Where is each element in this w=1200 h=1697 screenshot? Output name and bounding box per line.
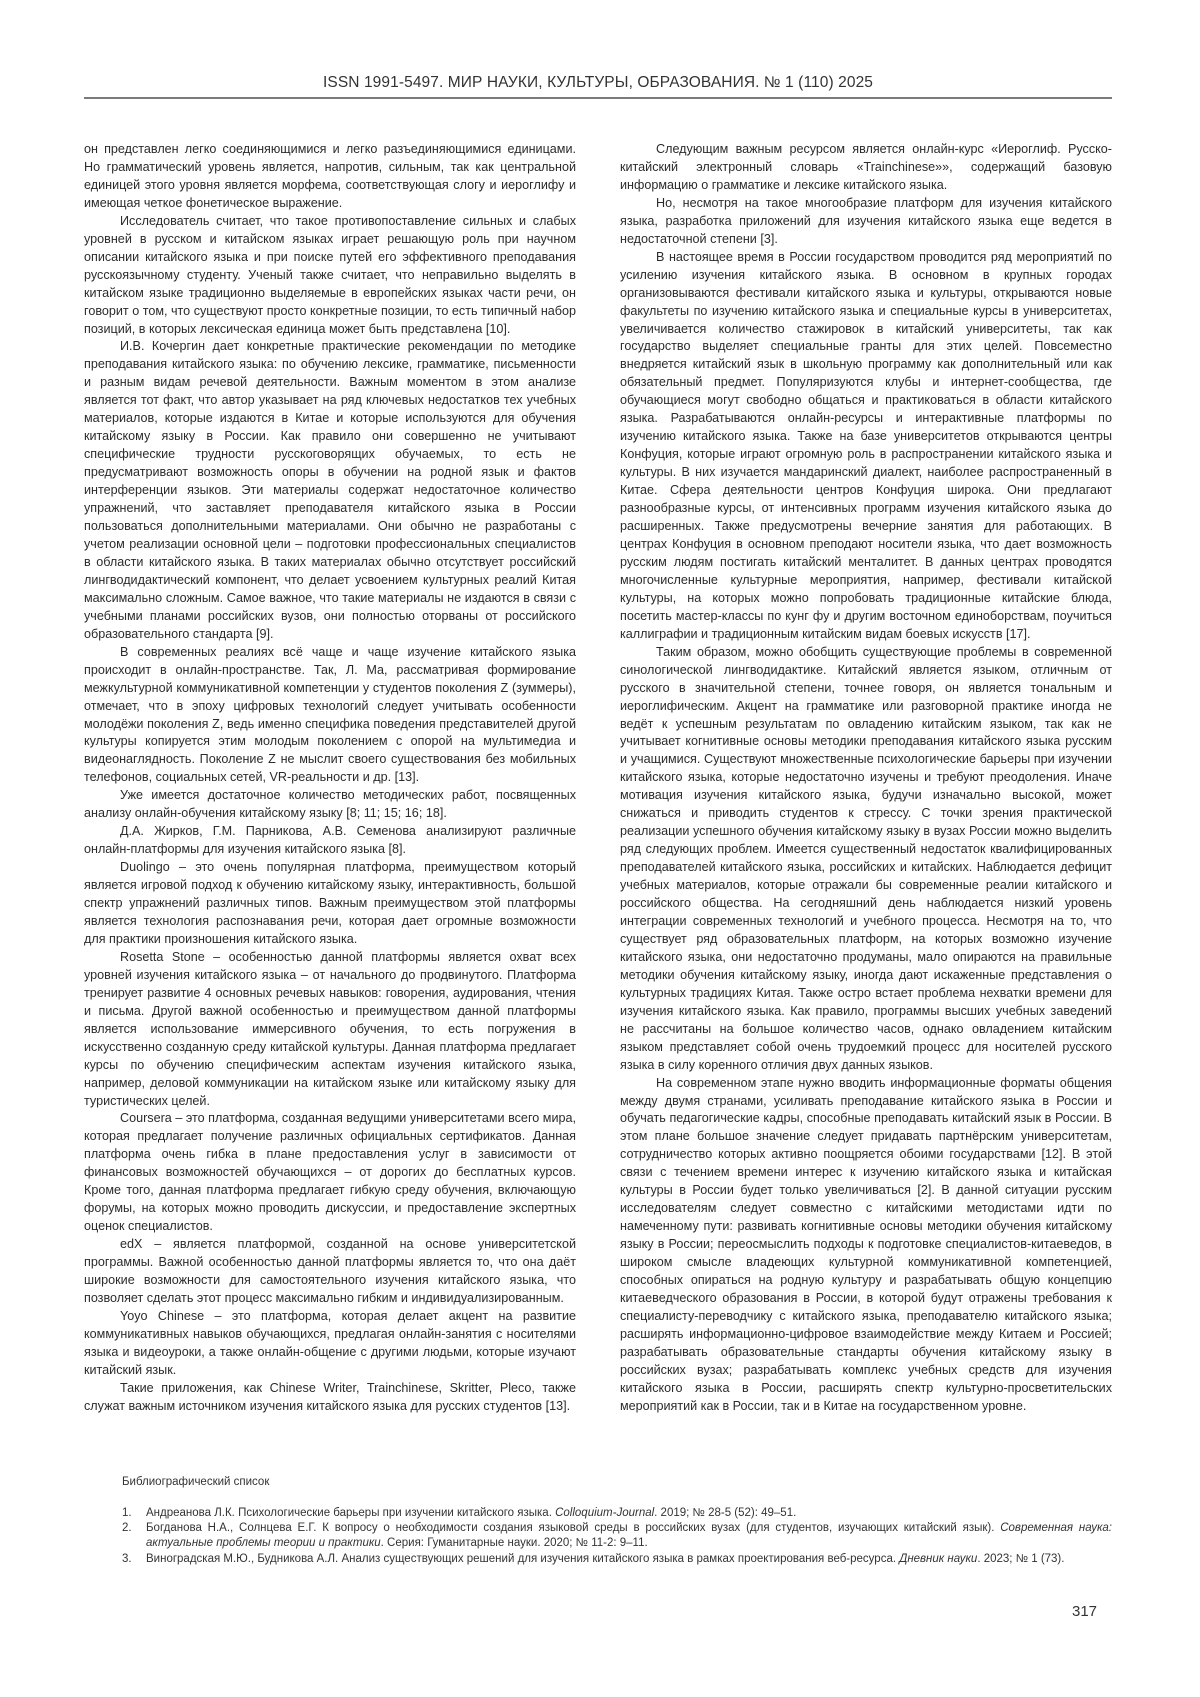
entry-text: Виноградская М.Ю., Будникова А.Л. Анализ…: [146, 1553, 899, 1565]
entry-number: 2.: [122, 1521, 132, 1536]
entry-number: 1.: [122, 1506, 132, 1521]
bibliography-entry: 2. Богданова Н.А., Солнцева Е.Г. К вопро…: [122, 1521, 1112, 1551]
bibliography-entry: 3. Виноградская М.Ю., Будникова А.Л. Ана…: [122, 1552, 1112, 1567]
entry-journal: Дневник науки: [899, 1553, 977, 1565]
paragraph: Yoyo Chinese – это платформа, которая де…: [84, 1308, 576, 1380]
entry-tail: . 2019; № 28-5 (52): 49–51.: [654, 1507, 796, 1519]
bibliography-list: 1. Андреанова Л.К. Психологические барье…: [122, 1506, 1112, 1567]
running-header: ISSN 1991-5497. МИР НАУКИ, КУЛЬТУРЫ, ОБР…: [84, 74, 1112, 92]
header-divider: [84, 97, 1112, 99]
paragraph: На современном этапе нужно вводить инфор…: [620, 1075, 1112, 1416]
paragraph: он представлен легко соединяющимися и ле…: [84, 141, 576, 213]
paragraph: Уже имеется достаточное количество метод…: [84, 787, 576, 823]
paragraph: Таким образом, можно обобщить существующ…: [620, 644, 1112, 1075]
entry-text: Богданова Н.А., Солнцева Е.Г. К вопросу …: [146, 1522, 1000, 1534]
right-column: Следующим важным ресурсом является онлай…: [620, 141, 1112, 1416]
paragraph: Coursera – это платформа, созданная веду…: [84, 1110, 576, 1236]
entry-tail: . Серия: Гуманитарные науки. 2020; № 11-…: [381, 1537, 648, 1549]
paragraph: В современных реалиях всё чаще и чаще из…: [84, 644, 576, 788]
paragraph: И.В. Кочергин дает конкретные практическ…: [84, 338, 576, 643]
page-number: 317: [1072, 1603, 1097, 1620]
bibliography-title: Библиографический список: [122, 1476, 269, 1488]
bibliography-entry: 1. Андреанова Л.К. Психологические барье…: [122, 1506, 1112, 1521]
left-column: он представлен легко соединяющимися и ле…: [84, 141, 576, 1416]
paragraph: Такие приложения, как Chinese Writer, Tr…: [84, 1380, 576, 1416]
entry-tail: . 2023; № 1 (73).: [977, 1553, 1064, 1565]
paragraph: Rosetta Stone – особенностью данной плат…: [84, 949, 576, 1111]
entry-text: Андреанова Л.К. Психологические барьеры …: [146, 1507, 555, 1519]
paragraph: edX – является платформой, созданной на …: [84, 1236, 576, 1308]
paragraph: Но, несмотря на такое многообразие платф…: [620, 195, 1112, 249]
paragraph: Исследователь считает, что такое противо…: [84, 213, 576, 339]
entry-number: 3.: [122, 1552, 132, 1567]
entry-journal: Colloquium-Journal: [555, 1507, 654, 1519]
paragraph: Следующим важным ресурсом является онлай…: [620, 141, 1112, 195]
paragraph: В настоящее время в России государством …: [620, 249, 1112, 644]
paragraph: Д.А. Жирков, Г.М. Парникова, А.В. Семено…: [84, 823, 576, 859]
paragraph: Duolingo – это очень популярная платформ…: [84, 859, 576, 949]
